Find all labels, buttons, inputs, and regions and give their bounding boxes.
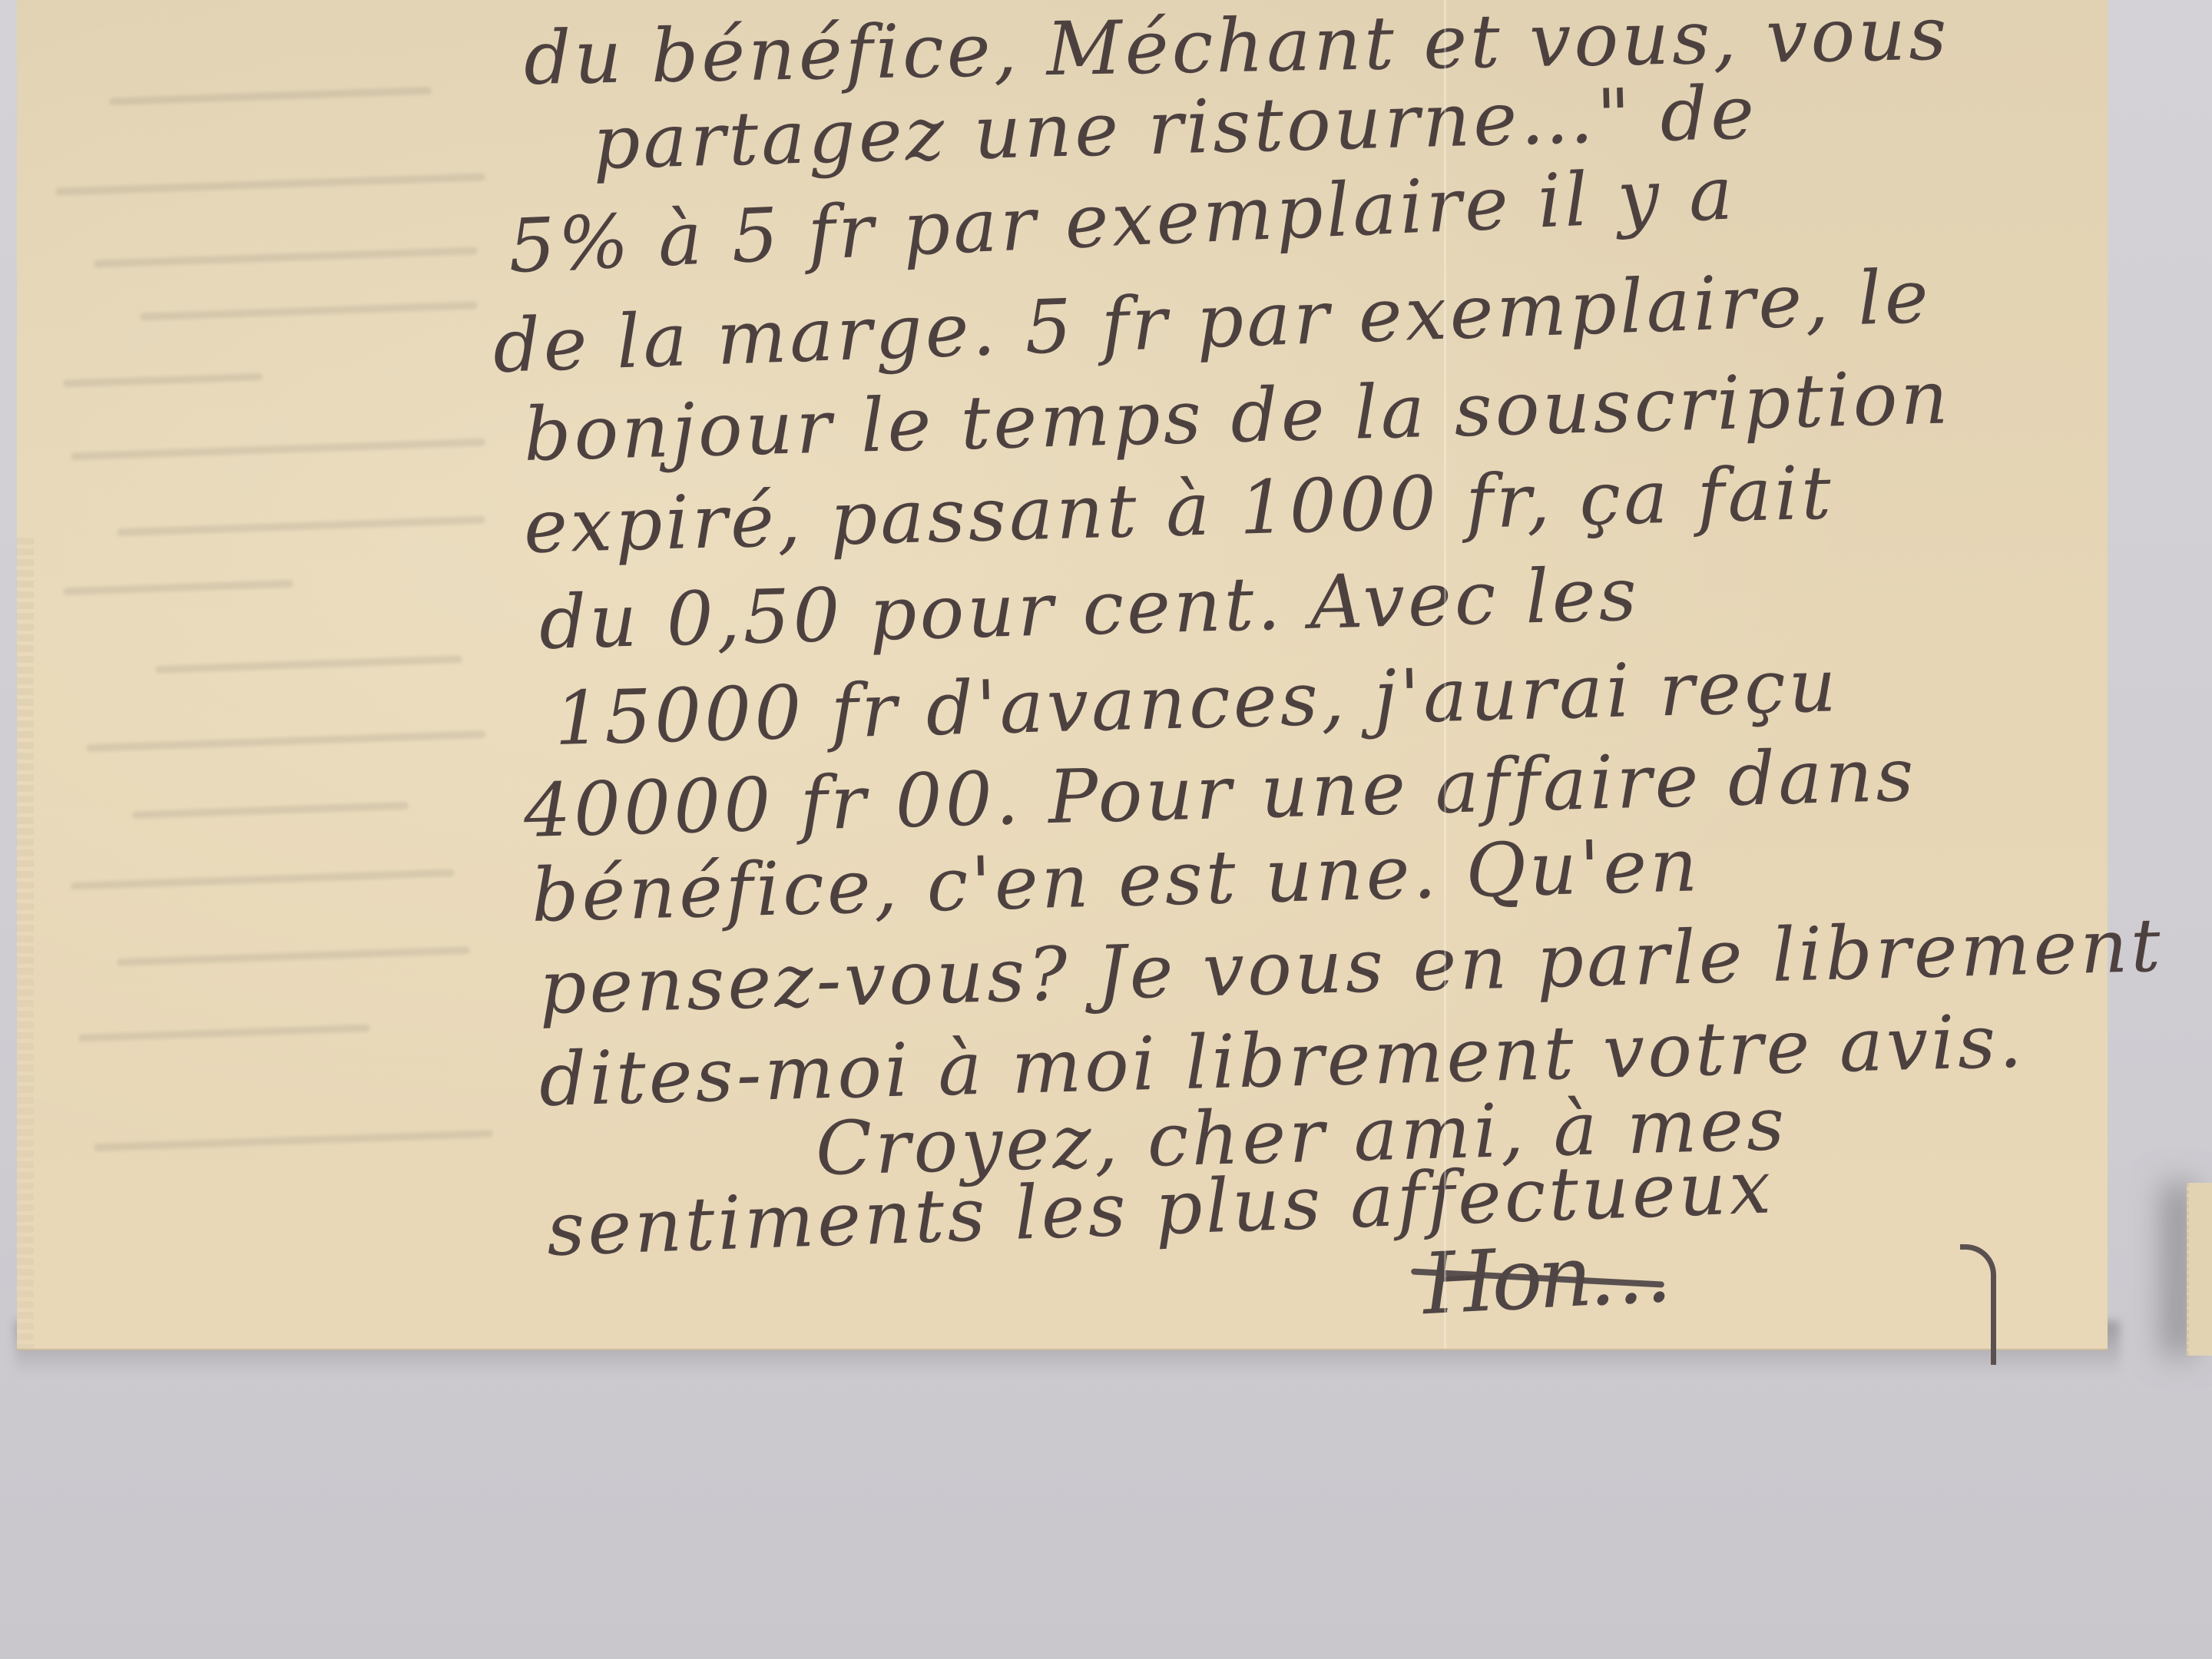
torn-left-edge bbox=[17, 538, 34, 1349]
signature: Hon… bbox=[1420, 1223, 1670, 1334]
second-sheet-edge bbox=[2187, 1183, 2212, 1356]
text-line: du 0,50 pour cent. Avec les bbox=[538, 551, 1641, 666]
signature-flourish bbox=[1960, 1244, 1996, 1365]
letter-sheet: du bénéfice, Méchant et vous, vous parta… bbox=[17, 0, 2108, 1350]
handwritten-text: du bénéfice, Méchant et vous, vous parta… bbox=[508, 0, 2121, 1352]
ink-bleed-through bbox=[48, 46, 524, 1275]
